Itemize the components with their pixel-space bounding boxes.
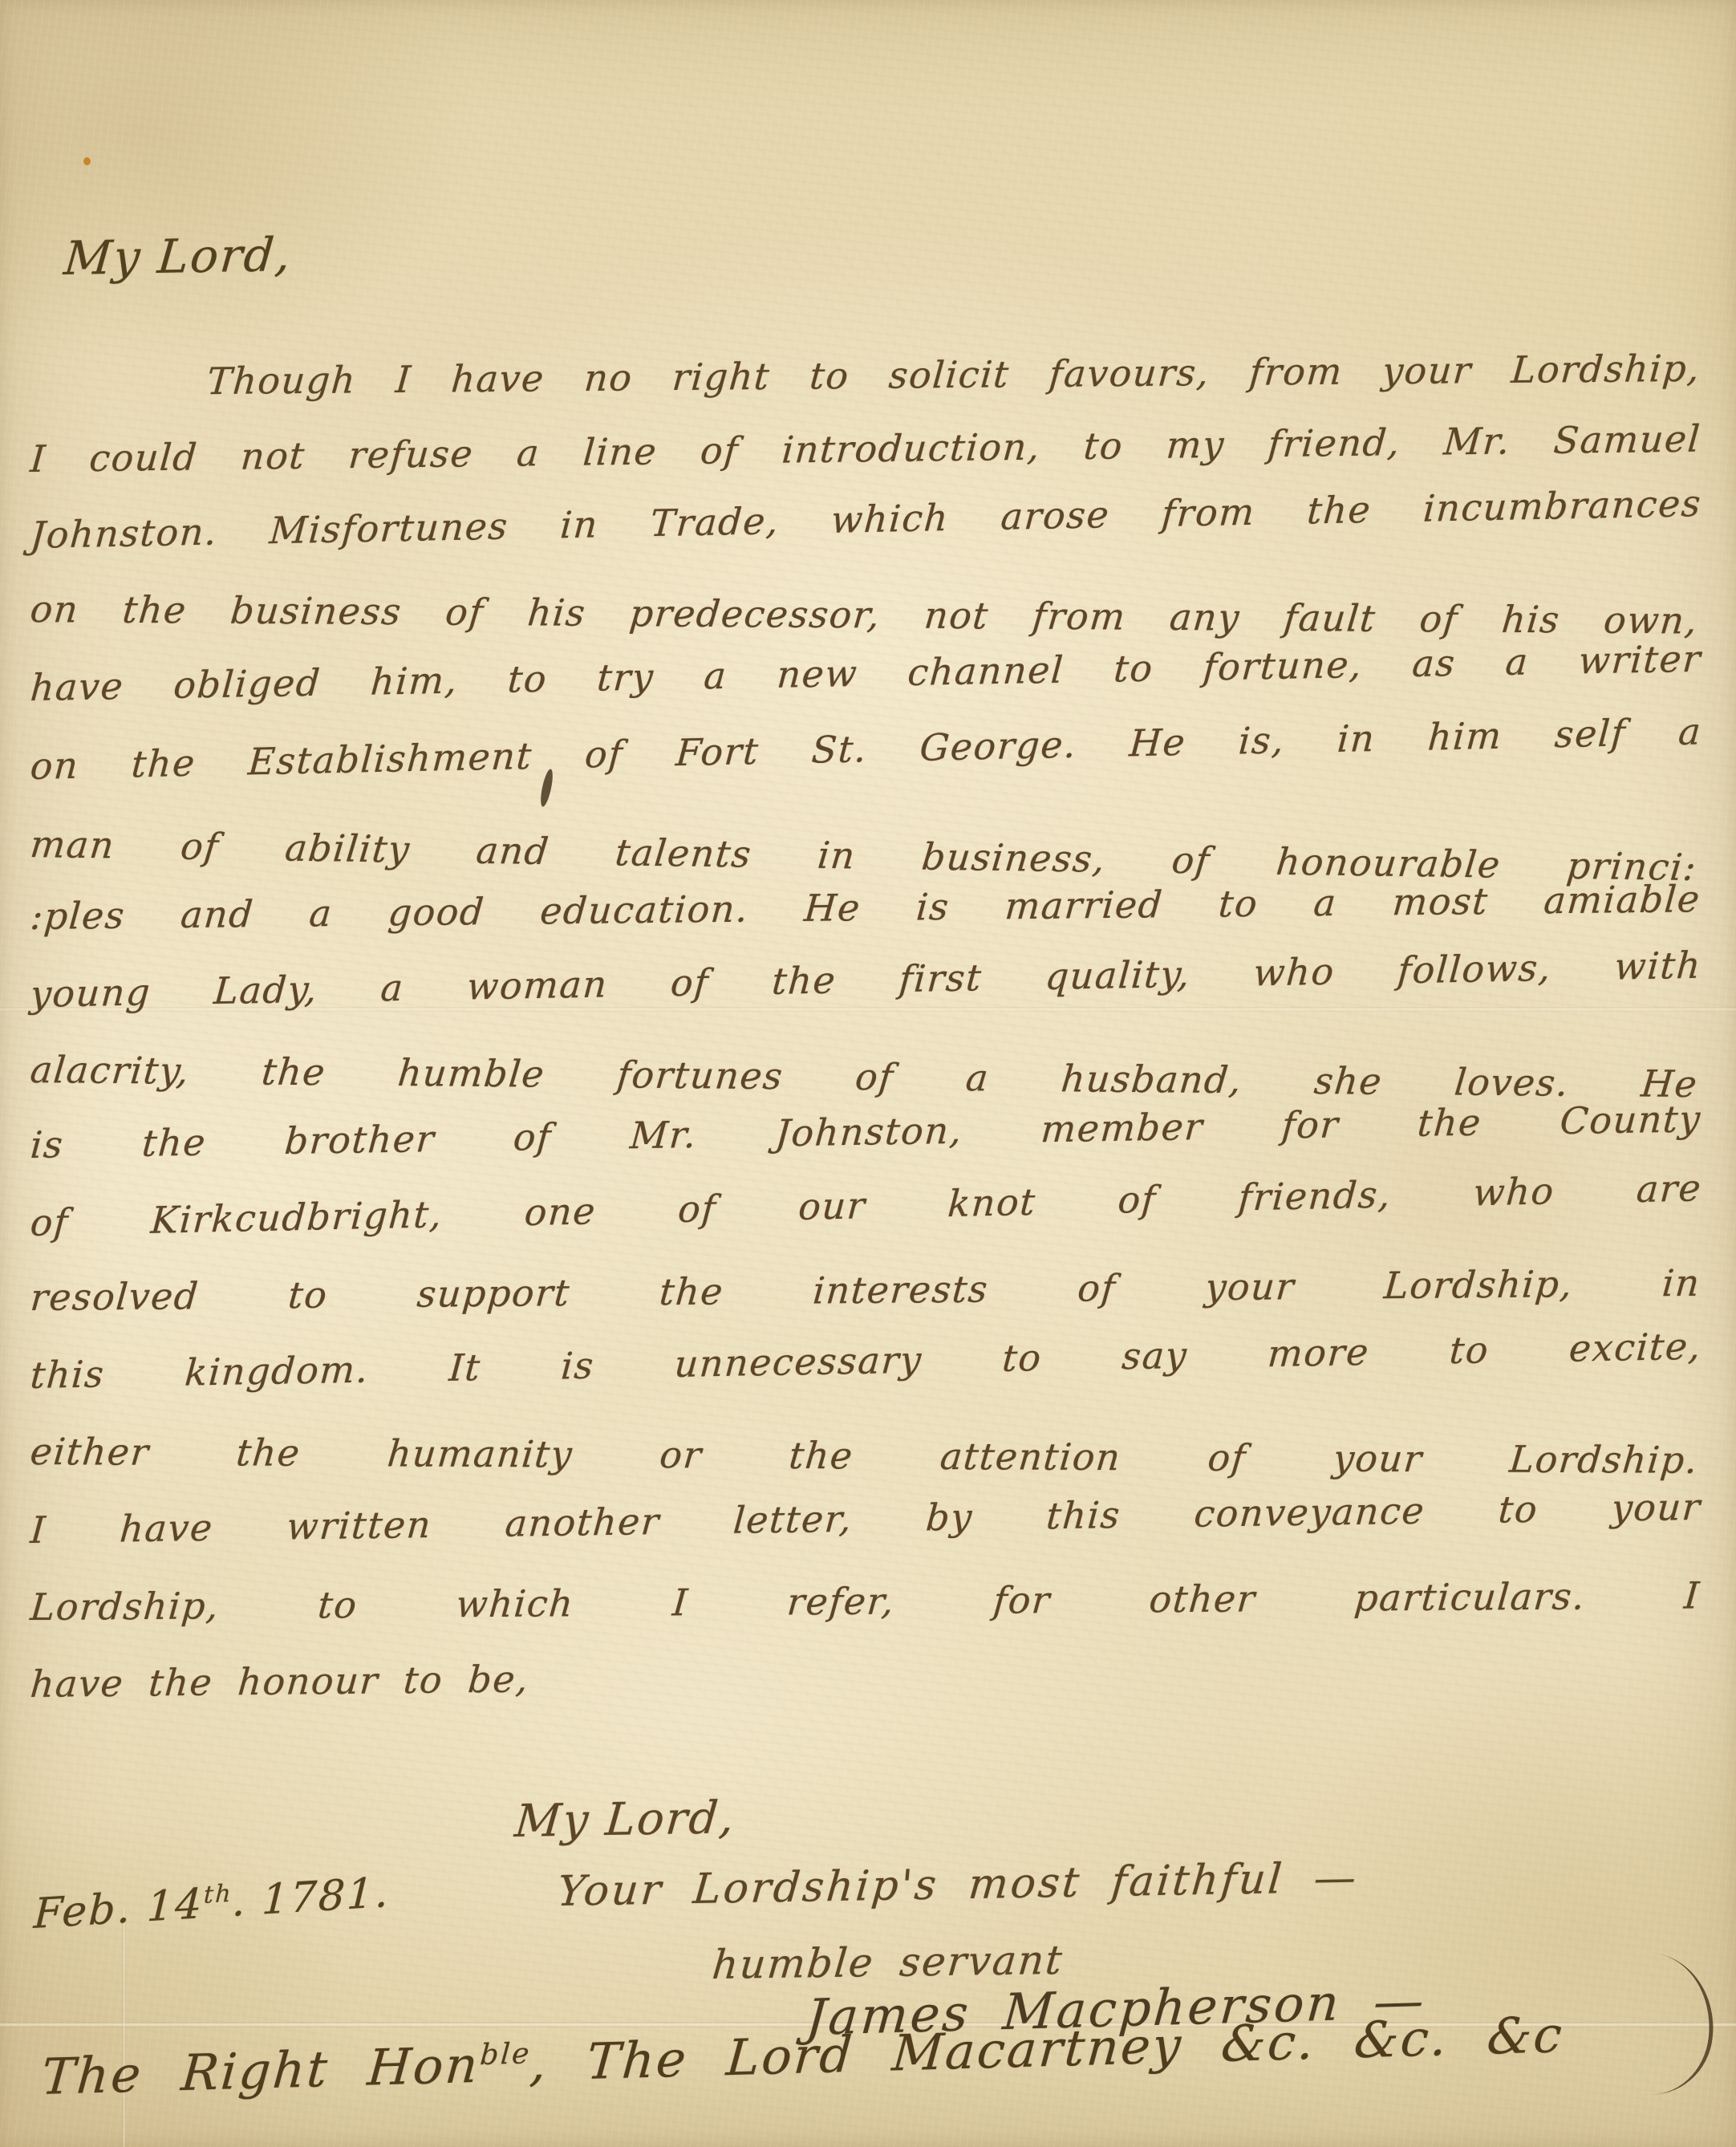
body-line-12: of Kirkcudbright, one of our knot of fri…: [29, 1166, 1703, 1244]
dateline: Feb. 14th. 1781.: [33, 1869, 391, 1938]
body-line-17: Lordship, to which I refer, for other pa…: [29, 1573, 1702, 1629]
body-line-5: have obliged him, to try a new channel t…: [29, 637, 1703, 709]
addressee-honorific: The Right Hon: [39, 2035, 481, 2106]
paper-speck: [83, 157, 91, 165]
letter-page: My Lord, Though I have no right to solic…: [0, 0, 1736, 2147]
date-text: Feb. 14: [33, 1880, 205, 1938]
body-line-8: :ples and a good education. He is marrie…: [29, 877, 1702, 938]
closing-humble-line: humble servant: [710, 1937, 1065, 1988]
addressee-superscript: ble: [479, 2037, 533, 2072]
body-line-10: alacrity, the humble fortunes of a husba…: [28, 1048, 1700, 1106]
body-line-15: either the humanity or the attention of …: [28, 1430, 1700, 1482]
salutation: My Lord,: [62, 227, 294, 286]
body-line-11: is the brother of Mr. Johnston, member f…: [29, 1097, 1702, 1167]
body-line-13: resolved to support the interests of you…: [29, 1261, 1702, 1319]
addressee-name: , The Lord Macartney: [528, 2015, 1223, 2092]
body-line-4: on the business of his predecessor, not …: [28, 587, 1700, 643]
body-line-9: young Lady, a woman of the first quality…: [29, 944, 1703, 1016]
addressee-line: The Right Honble, The Lord Macartney &c.…: [39, 2005, 1566, 2106]
body-line-14: this kingdom. It is unnecessary to say m…: [29, 1325, 1703, 1397]
addressee-etcetera: &c. &c. &c: [1219, 2005, 1566, 2073]
body-line-6: on the Establishment of Fort St. George.…: [29, 709, 1703, 788]
body-line-3: Johnston. Misfortunes in Trade, which ar…: [29, 481, 1703, 557]
body-line-2: I could not refuse a line of introductio…: [29, 417, 1702, 481]
body-line-16: I have written another letter, by this c…: [29, 1485, 1702, 1552]
pen-flourish-stroke: [1635, 1953, 1721, 2100]
closing-salutation: My Lord,: [513, 1792, 737, 1848]
body-line-18: have the honour to be,: [29, 1645, 1702, 1706]
closing-faithful-line: Your Lordship's most faithful —: [555, 1854, 1360, 1916]
date-year: . 1781.: [231, 1869, 391, 1926]
body-line-1: Though I have no right to solicit favour…: [29, 347, 1702, 404]
fold-crease-vertical: [122, 1910, 126, 2147]
date-superscript: th: [203, 1880, 233, 1910]
